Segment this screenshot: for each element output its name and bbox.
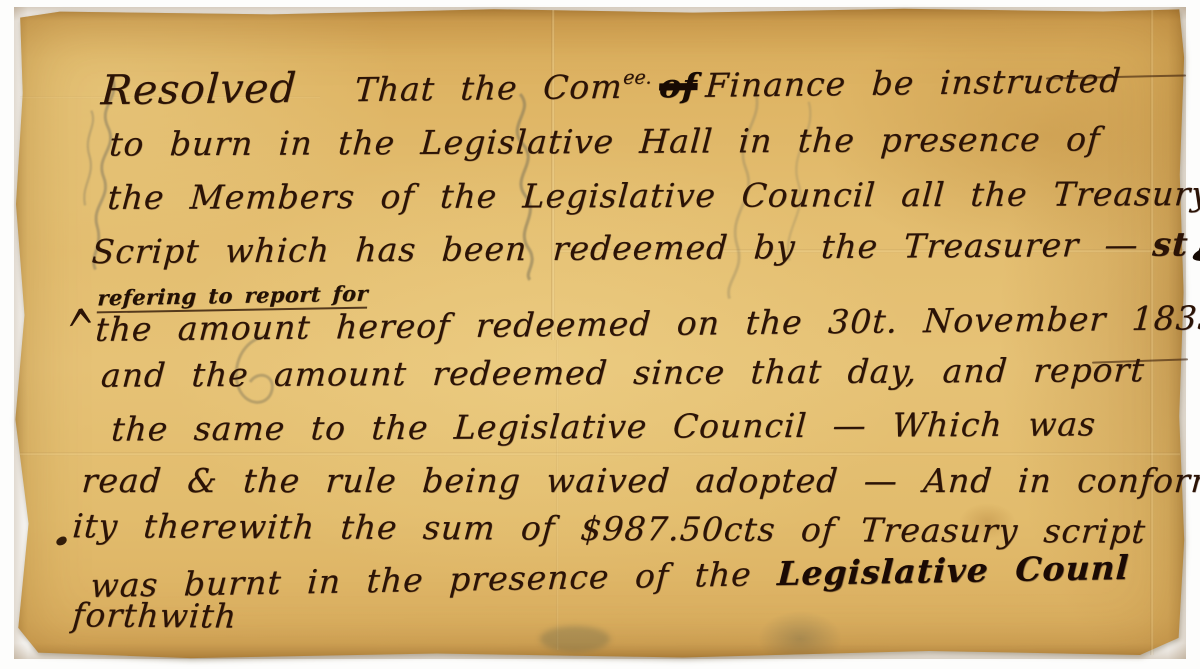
line1-post: Finance be instructed bbox=[704, 61, 1122, 105]
manuscript-line-11: forthwith bbox=[71, 595, 239, 635]
struck-word: of bbox=[658, 66, 698, 105]
line1-superscript: ee. bbox=[623, 67, 653, 89]
line1-pre: That the Com bbox=[354, 67, 624, 109]
manuscript-line-1: ResolvedThat the Comee.ofFinance be inst… bbox=[100, 54, 1123, 114]
line4-text: Script which has been redeemed by the Tr… bbox=[91, 225, 1140, 271]
manuscript-line-2: to burn in the Legislative Hall in the p… bbox=[108, 119, 1102, 163]
line10-heavy-ink: Legislative Counl bbox=[776, 548, 1130, 593]
manuscript-line-6: and the amount redeemed since that day, … bbox=[100, 350, 1146, 394]
scanned-document: ResolvedThat the Comee.ofFinance be inst… bbox=[0, 0, 1200, 669]
manuscript-line-7: the same to the Legislative Council — Wh… bbox=[110, 404, 1097, 448]
manuscript-line-10: was burnt in the presence of the Legisla… bbox=[90, 548, 1131, 605]
manuscript-line-3: the Members of the Legislative Council a… bbox=[106, 174, 1200, 217]
manuscript-text: ResolvedThat the Comee.ofFinance be inst… bbox=[0, 0, 1200, 669]
manuscript-line-9: ity therewith the sum of $987.50cts of T… bbox=[71, 506, 1147, 551]
opening-word: Resolved bbox=[100, 64, 299, 114]
blotted-word-fragment: st bbox=[1151, 225, 1189, 264]
manuscript-line-4: Script which has been redeemed by the Tr… bbox=[91, 224, 1200, 271]
manuscript-line-8: read & the rule being waived adopted — A… bbox=[80, 461, 1200, 500]
insertion-caret: ^ bbox=[66, 296, 95, 369]
